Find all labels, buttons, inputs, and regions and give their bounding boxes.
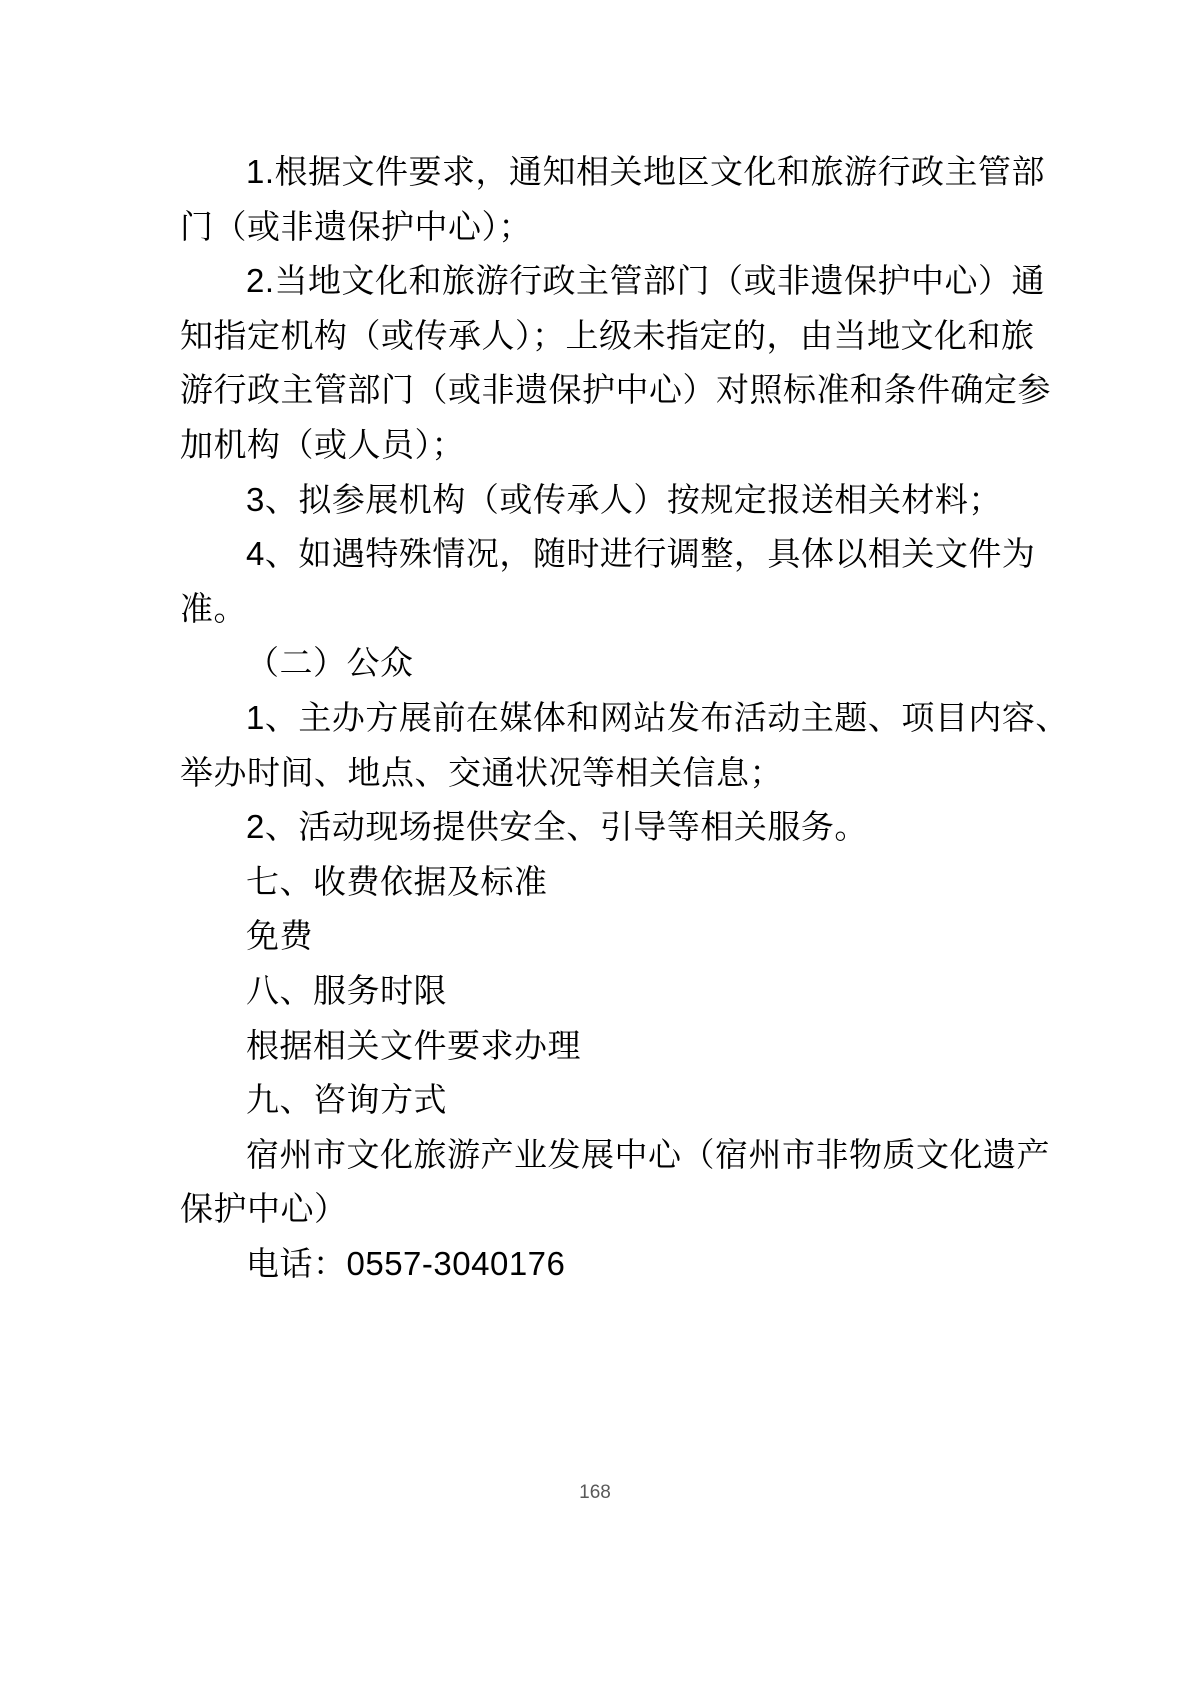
text-line: 知指定机构（或传承人）；上级未指定的，由当地文化和旅 (180, 309, 1015, 364)
text-line: 1、主办方展前在媒体和网站发布活动主题、项目内容、 (180, 691, 1015, 746)
page-number: 168 (579, 1482, 611, 1503)
document-page: 1.根据文件要求，通知相关地区文化和旅游行政主管部门（或非遗保护中心）；2.当地… (0, 0, 1190, 1683)
text-line: 保护中心） (180, 1182, 1015, 1237)
text-line: 七、收费依据及标准 (180, 855, 1015, 910)
text-line: 加机构（或人员）； (180, 418, 1015, 473)
text-line: 游行政主管部门（或非遗保护中心）对照标准和条件确定参 (180, 363, 1015, 418)
text-line: 2、活动现场提供安全、引导等相关服务。 (180, 800, 1015, 855)
text-line: 举办时间、地点、交通状况等相关信息； (180, 746, 1015, 801)
text-line: 免费 (180, 909, 1015, 964)
text-line: 宿州市文化旅游产业发展中心（宿州市非物质文化遗产 (180, 1128, 1015, 1183)
page-footer: 168 (0, 1482, 1190, 1504)
text-line: 门（或非遗保护中心）； (180, 200, 1015, 255)
text-line: 根据相关文件要求办理 (180, 1019, 1015, 1074)
text-line: 1.根据文件要求，通知相关地区文化和旅游行政主管部 (180, 145, 1015, 200)
text-line: 3、拟参展机构（或传承人）按规定报送相关材料； (180, 473, 1015, 528)
document-body-text: 1.根据文件要求，通知相关地区文化和旅游行政主管部门（或非遗保护中心）；2.当地… (180, 145, 1015, 1291)
text-line: 电话：0557-3040176 (180, 1237, 1015, 1292)
text-line: 2.当地文化和旅游行政主管部门（或非遗保护中心）通 (180, 254, 1015, 309)
text-line: 九、咨询方式 (180, 1073, 1015, 1128)
text-line: 4、如遇特殊情况，随时进行调整，具体以相关文件为 (180, 527, 1015, 582)
text-line: 准。 (180, 582, 1015, 637)
text-line: 八、服务时限 (180, 964, 1015, 1019)
text-line: （二）公众 (180, 636, 1015, 691)
